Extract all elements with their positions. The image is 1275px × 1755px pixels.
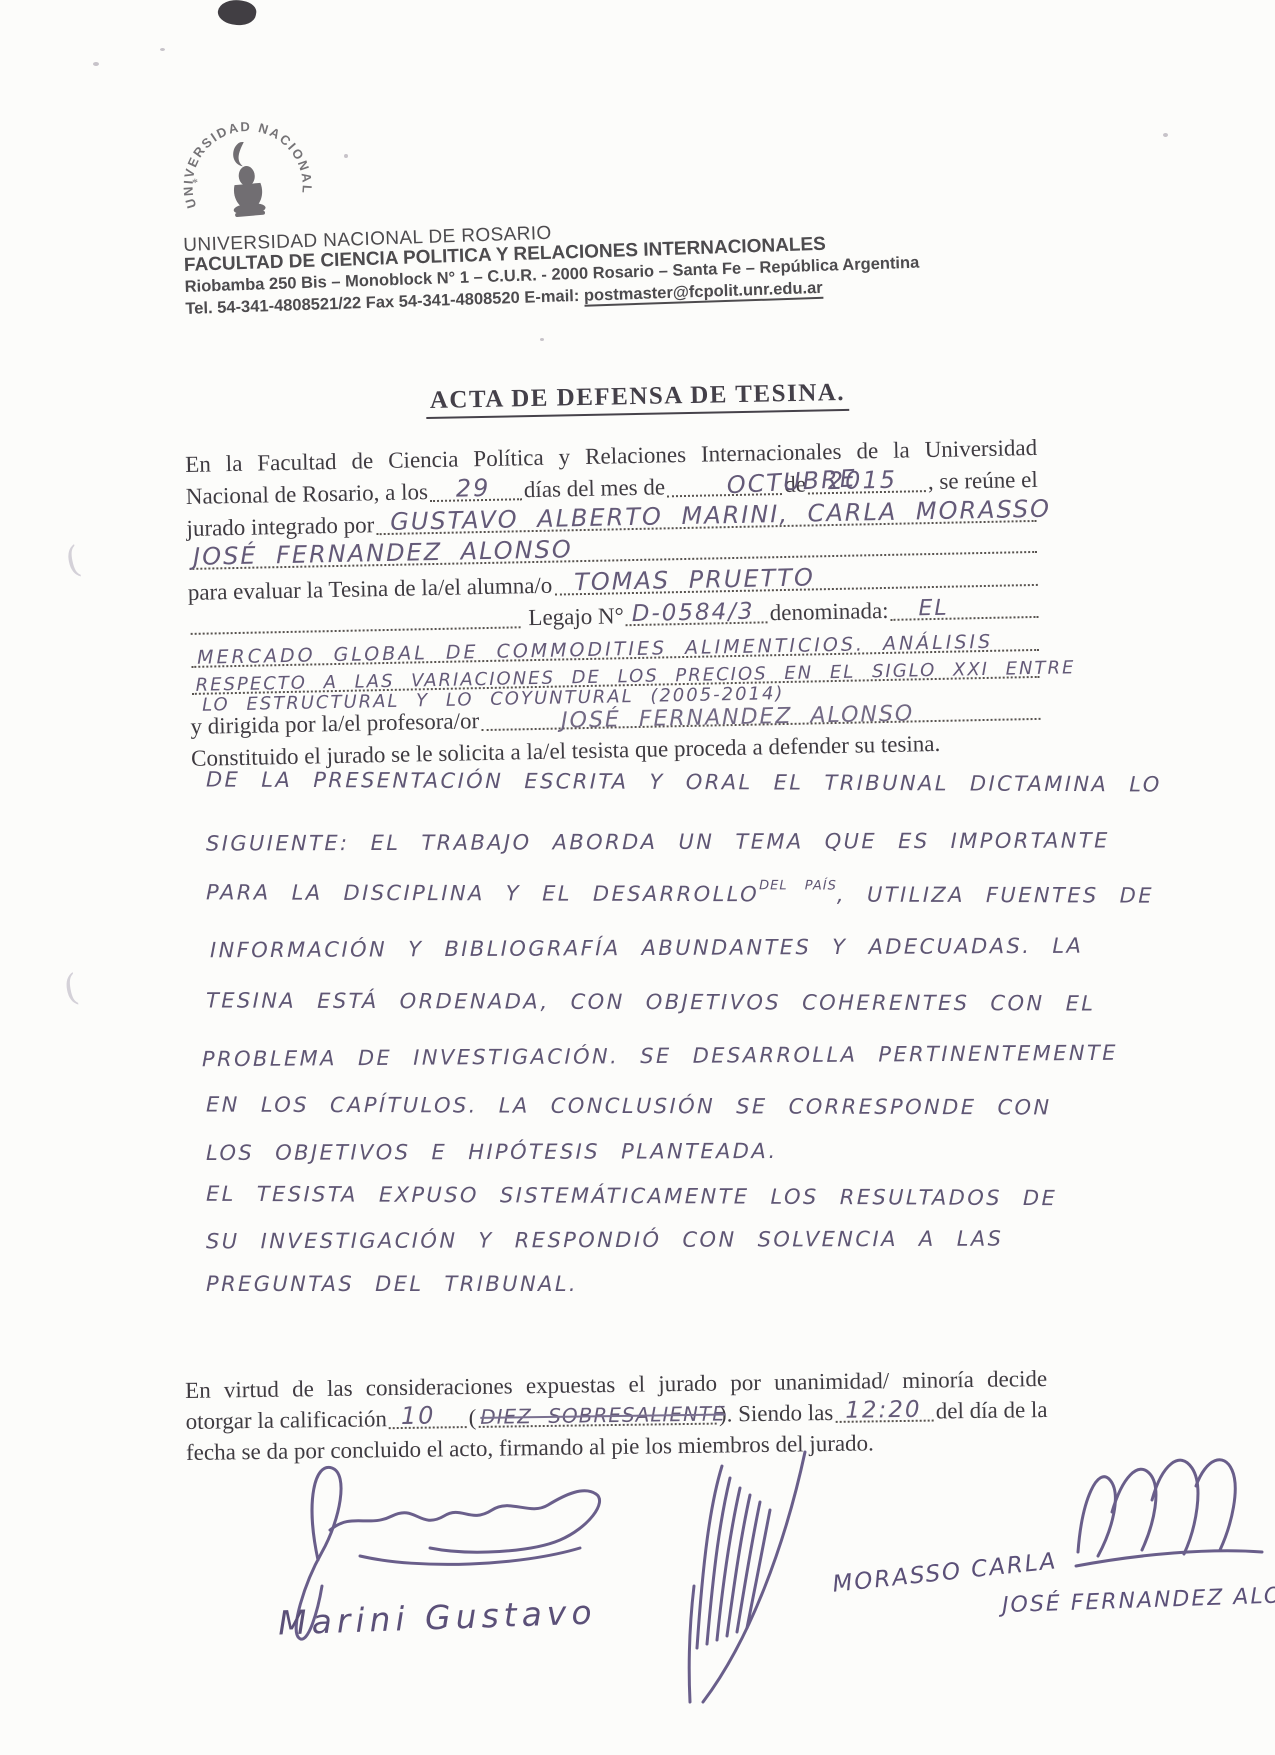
field-legajo: D-0584/3 — [626, 601, 768, 626]
handwritten-time: 12:20 — [845, 1397, 922, 1424]
seal-star: * — [192, 175, 199, 189]
scan-speck — [93, 62, 99, 66]
field-day: 29 — [430, 478, 522, 502]
handwritten-grade-words: DIEZ SOBRESALIENTE — [480, 1401, 726, 1428]
scan-pencil-mark: ( — [62, 539, 84, 582]
handwritten-thesis-title-1: EL — [918, 596, 949, 622]
scan-smudge — [216, 0, 258, 28]
print-text: ( — [468, 1405, 476, 1431]
handwritten-year: 2015 — [828, 466, 898, 495]
dictamen-line: LOS OBJETIVOS E HIPÓTESIS PLANTEADA. — [206, 1139, 778, 1165]
print-text: Nacional de Rosario, a los — [186, 479, 429, 510]
dictamen-line: PREGUNTAS DEL TRIBUNAL. — [206, 1272, 578, 1296]
scan-speck — [344, 154, 348, 158]
print-text: jurado integrado por — [186, 512, 374, 542]
field-month: OCTUBRE — [667, 473, 783, 497]
dictamen-line: SIGUIENTE: EL TRABAJO ABORDA UN TEMA QUE… — [206, 828, 1110, 855]
dictamen-line: PARA LA DISCIPLINA Y EL DESARROLLODEL PA… — [206, 880, 1154, 907]
field-year: 2015 — [808, 470, 926, 494]
print-text: para evaluar la Tesina de la/el alumna/o — [188, 573, 553, 606]
opening-paragraph: En la Facultad de Ciencia Política y Rel… — [185, 435, 1037, 452]
dictamen-insert-above-line: DEL PAÍS — [759, 878, 837, 893]
print-text: denominada: — [770, 598, 889, 626]
dictamen-line: DE LA PRESENTACIÓN ESCRITA Y ORAL EL TRI… — [206, 767, 1162, 796]
print-text: del día de la — [936, 1397, 1048, 1425]
handwritten-student-name: TOMAS PRUETTO — [574, 563, 815, 596]
scan-speck — [160, 48, 165, 51]
print-text: , se reúne el — [928, 467, 1038, 495]
seal-emblem-icon — [228, 140, 266, 217]
print-text: días del mes de — [524, 474, 666, 503]
dictamen-text: PARA LA DISCIPLINA Y EL DESARROLLO — [206, 880, 759, 906]
field-student: TOMAS PRUETTO — [554, 564, 1038, 596]
print-text: y dirigida por la/el profesora/or — [190, 708, 479, 740]
scan-speck — [540, 338, 544, 341]
email-text: postmaster@fcpolit.unr.edu.ar — [584, 279, 823, 307]
print-text: ). Siendo las — [719, 1400, 834, 1428]
scan-pencil-mark: ( — [61, 967, 82, 1010]
handwritten-director: JOSÉ FERNANDEZ ALONSO — [561, 701, 914, 733]
field-grade-words: DIEZ SOBRESALIENTE — [478, 1403, 717, 1428]
title-row: ACTA DE DEFENSA DE TESINA. — [0, 371, 1275, 427]
scan-speck — [1163, 133, 1168, 137]
handwritten-legajo: D-0584/3 — [632, 599, 755, 627]
dictamen-line: SU INVESTIGACIÓN Y RESPONDIÓ CON SOLVENC… — [206, 1227, 1003, 1254]
field-grade: 10 — [389, 1406, 467, 1429]
dictamen-line: EN LOS CAPÍTULOS. LA CONCLUSIÓN SE CORRE… — [206, 1093, 1052, 1120]
scanned-document-page: ( ( UNIVERSIDAD NACIONAL DE ROSARIO * UN… — [0, 0, 1275, 1755]
print-text: otorgar la calificación — [185, 1406, 387, 1435]
document-title: ACTA DE DEFENSA DE TESINA. — [426, 379, 850, 419]
field-thesis-title-1: EL — [890, 596, 1038, 621]
field-time: 12:20 — [835, 1400, 934, 1423]
handwritten-grade: 10 — [401, 1402, 436, 1430]
dictamen-line: INFORMACIÓN Y BIBLIOGRAFÍA ABUNDANTES Y … — [210, 934, 1083, 963]
dotted-leader — [190, 606, 520, 635]
print-text: Legajo N° — [528, 603, 624, 631]
dictamen-line: TESINA ESTÁ ORDENADA, CON OBJETIVOS COHE… — [206, 988, 1095, 1015]
dictamen-line: EL TESISTA EXPUSO SISTEMÁTICAMENTE LOS R… — [206, 1182, 1057, 1210]
dictamen-line: PROBLEMA DE INVESTIGACIÓN. SE DESARROLLA… — [202, 1041, 1118, 1071]
handwritten-day: 29 — [456, 474, 491, 503]
signature-fernandez — [1076, 1460, 1262, 1566]
closing-paragraph: En virtud de las consideraciones expuest… — [185, 1366, 1047, 1378]
dictamen-text: , UTILIZA FUENTES DE — [837, 883, 1154, 908]
field-jury: GUSTAVO ALBERTO MARINI, CARLA MORASSO — [376, 500, 1037, 535]
signature-morasso — [689, 1452, 805, 1702]
